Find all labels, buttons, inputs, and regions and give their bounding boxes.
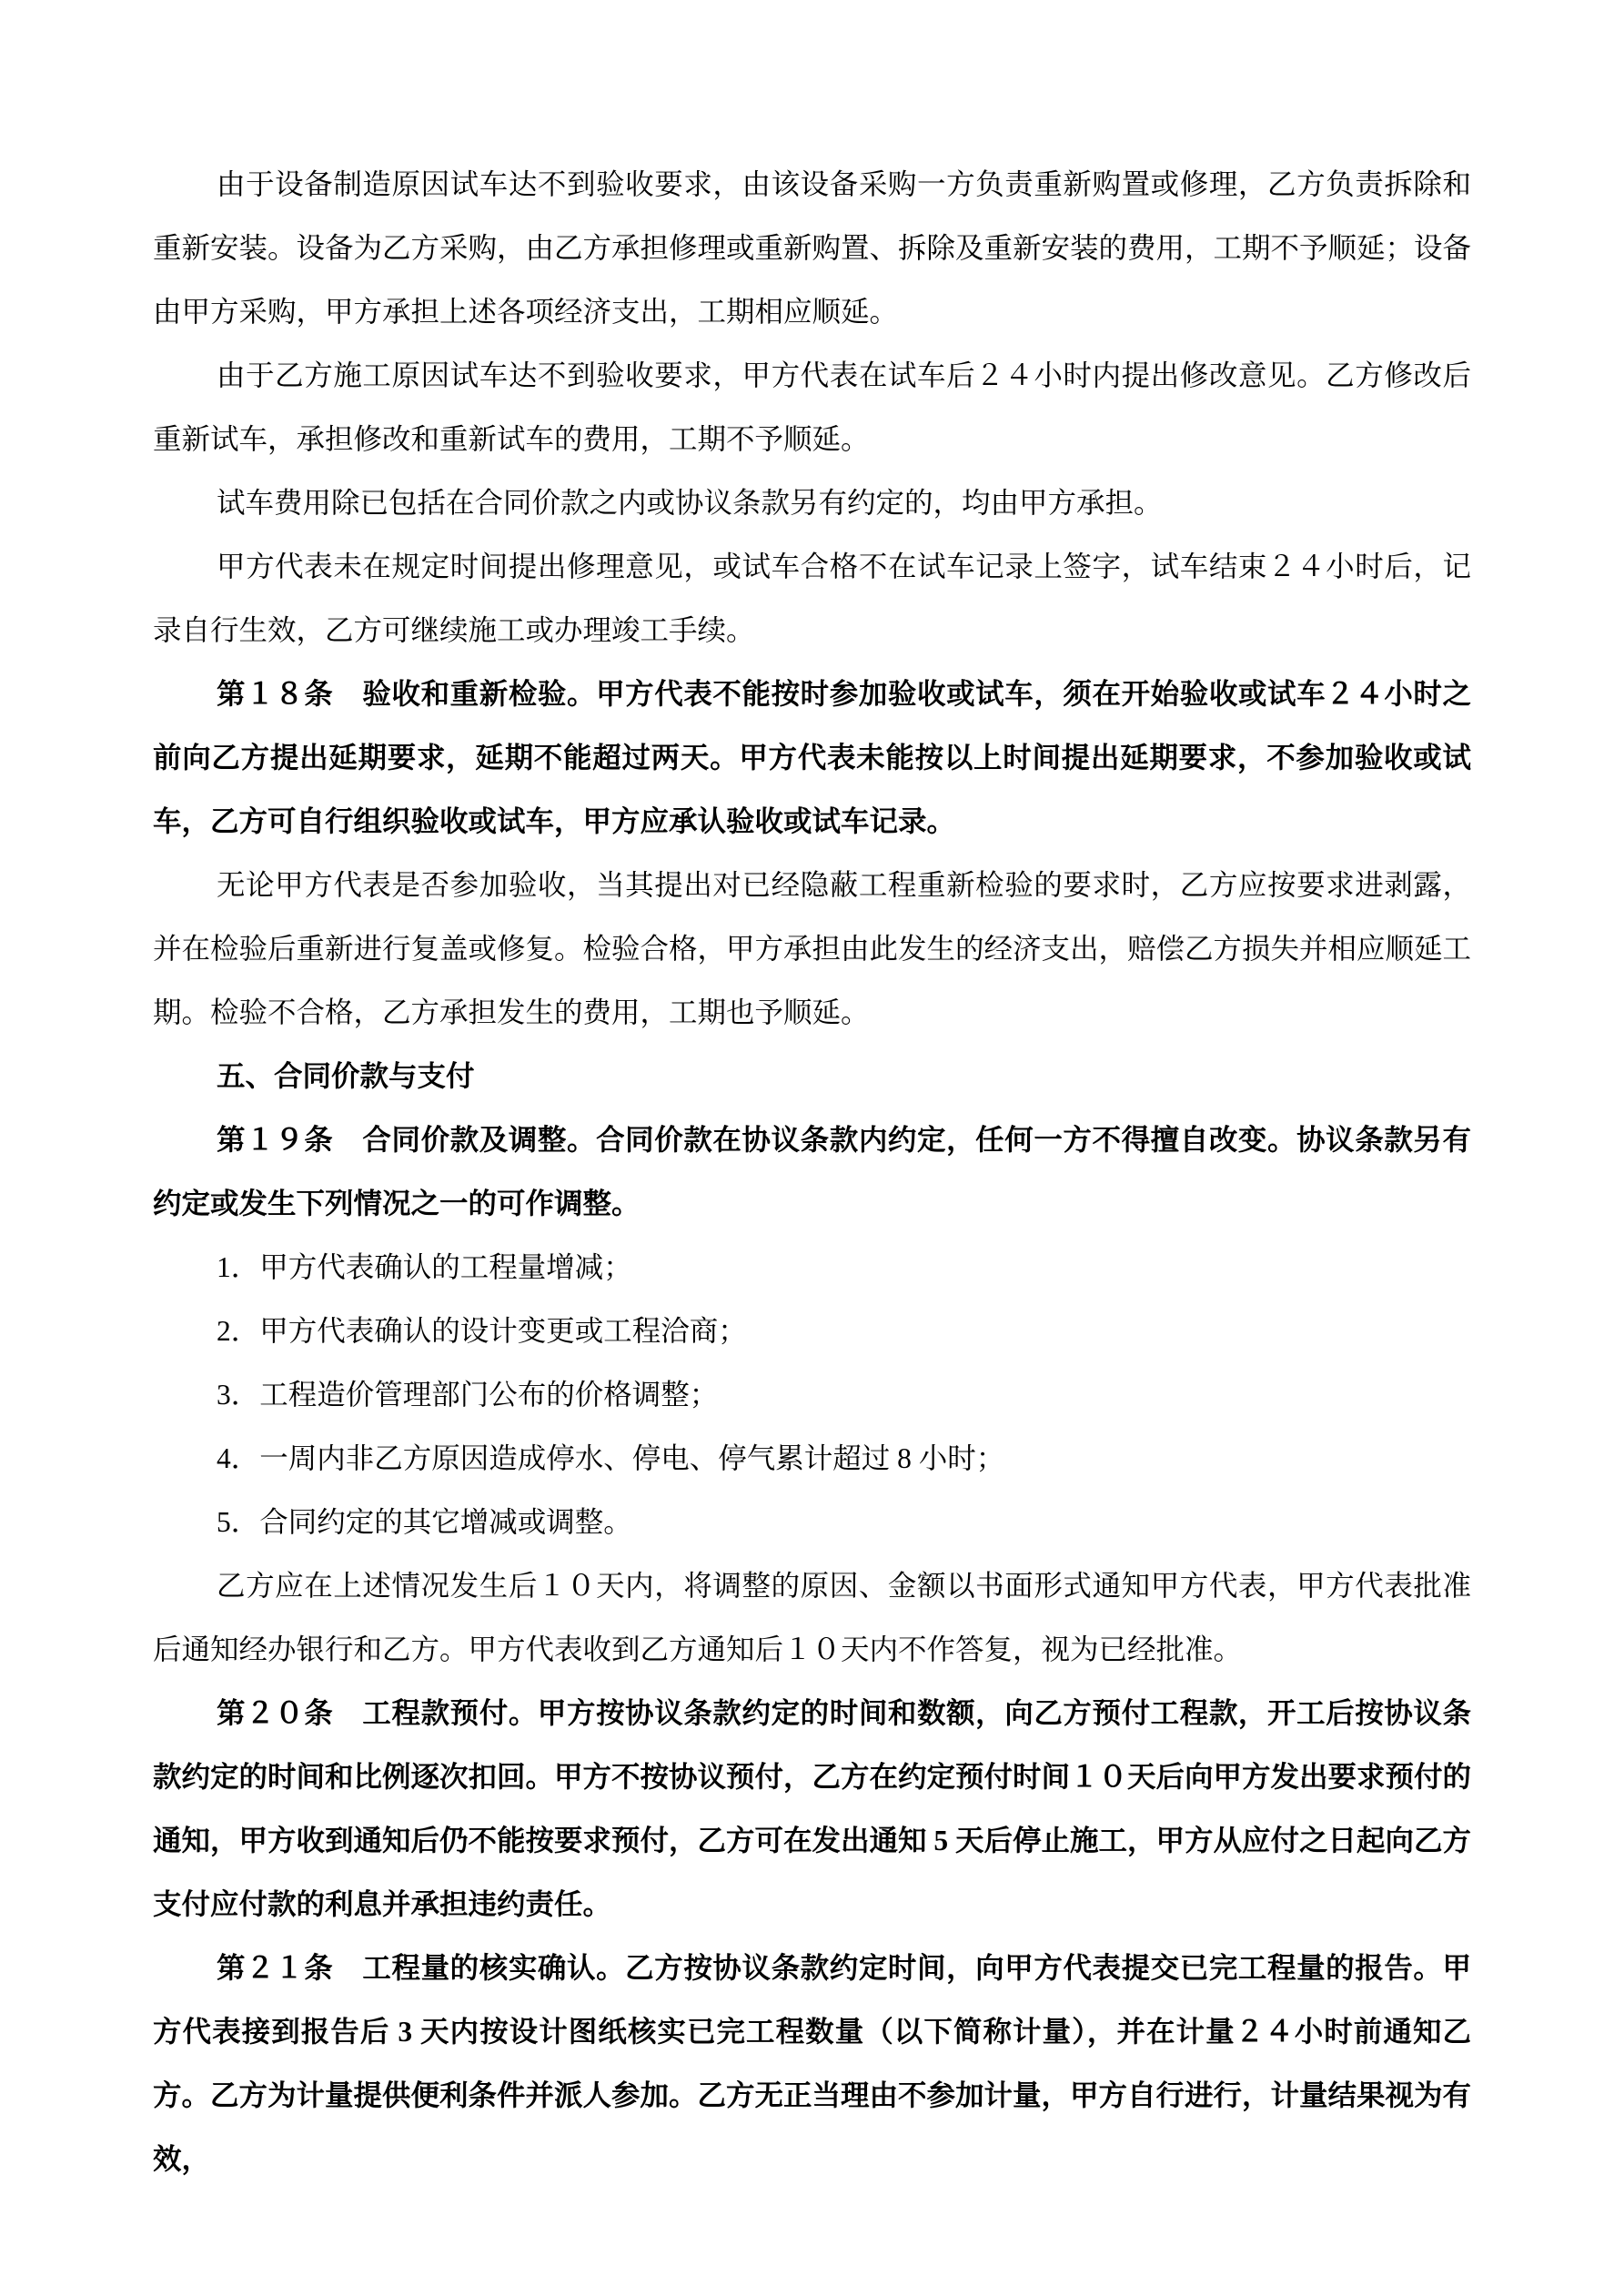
section-heading-price-and-payment: 五、合同价款与支付: [153, 1045, 1471, 1108]
clause-19-price-adjustment: 第１９条 合同价款及调整。合同价款在协议条款内约定，任何一方不得擅自改变。协议条…: [153, 1108, 1471, 1236]
clause-21-quantity-verification: 第２１条 工程量的核实确认。乙方按协议条款约定时间，向甲方代表提交已完工程量的报…: [153, 1937, 1471, 2191]
adjustment-item-3: 3．工程造价管理部门公布的价格调整；: [153, 1363, 1471, 1427]
adjustment-item-1: 1．甲方代表确认的工程量增减；: [153, 1236, 1471, 1300]
paragraph-test-run-cost: 试车费用除已包括在合同价款之内或协议条款另有约定的，均由甲方承担。: [153, 471, 1471, 535]
document-page: 由于设备制造原因试车达不到验收要求，由该设备采购一方负责重新购置或修理，乙方负责…: [0, 0, 1624, 2296]
paragraph-adjustment-notice: 乙方应在上述情况发生后１０天内，将调整的原因、金额以书面形式通知甲方代表，甲方代…: [153, 1554, 1471, 1682]
paragraph-hidden-works-reinspection: 无论甲方代表是否参加验收，当其提出对已经隐蔽工程重新检验的要求时，乙方应按要求进…: [153, 854, 1471, 1045]
adjustment-item-5: 5．合同约定的其它增减或调整。: [153, 1491, 1471, 1554]
paragraph-record-effect: 甲方代表未在规定时间提出修理意见，或试车合格不在试车记录上签字，试车结束２４小时…: [153, 535, 1471, 663]
clause-20-advance-payment: 第２０条 工程款预付。甲方按协议条款约定的时间和数额，向乙方预付工程款，开工后按…: [153, 1682, 1471, 1937]
clause-18-acceptance-reinspection: 第１８条 验收和重新检验。甲方代表不能按时参加验收或试车，须在开始验收或试车２４…: [153, 663, 1471, 854]
adjustment-item-4: 4．一周内非乙方原因造成停水、停电、停气累计超过 8 小时；: [153, 1427, 1471, 1491]
paragraph-equipment-defect: 由于设备制造原因试车达不到验收要求，由该设备采购一方负责重新购置或修理，乙方负责…: [153, 153, 1471, 344]
adjustment-item-2: 2．甲方代表确认的设计变更或工程洽商；: [153, 1300, 1471, 1363]
paragraph-contractor-cause: 由于乙方施工原因试车达不到验收要求，甲方代表在试车后２４小时内提出修改意见。乙方…: [153, 344, 1471, 471]
